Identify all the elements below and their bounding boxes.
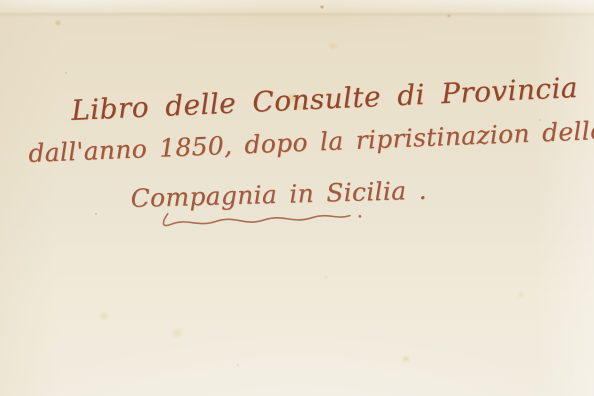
manuscript-photo: Libro delle Consulte di Provincia dall'a…	[0, 0, 594, 396]
